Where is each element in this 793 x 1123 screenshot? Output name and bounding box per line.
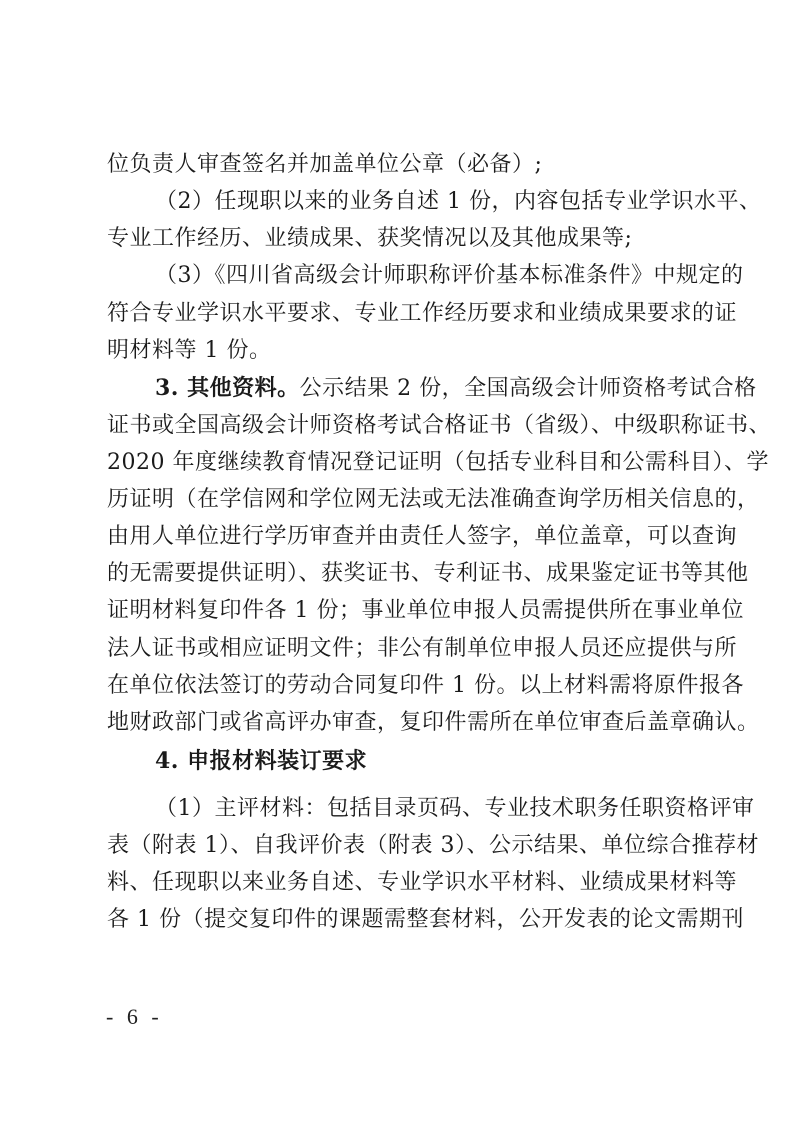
line-text: 表（附表 1）、自我评价表（附表 3）、公示结果、单位综合推荐材 (107, 833, 759, 858)
line-text: （2）任现职以来的业务自述 1 份，内容包括专业学识水平、 (155, 189, 761, 214)
text-line: 由用人单位进行学历审查并由责任人签字，单位盖章，可以查询 (107, 518, 704, 555)
line-text: 专业工作经历、业绩成果、获奖情况以及其他成果等; (107, 226, 632, 251)
line-text: 历证明（在学信网和学位网无法或无法准确查询学历相关信息的， (107, 487, 760, 512)
line-text: 各 1 份（提交复印件的课题需整套材料，公开发表的论文需期刊 (107, 907, 744, 932)
text-line: 表（附表 1）、自我评价表（附表 3）、公示结果、单位综合推荐材 (107, 827, 704, 864)
text-line: 的无需要提供证明）、获奖证书、专利证书、成果鉴定证书等其他 (107, 555, 704, 592)
text-line: 证书或全国高级会计师资格考试合格证书（省级）、中级职称证书、 (107, 407, 704, 444)
text-line: 法人证书或相应证明文件；非公有制单位申报人员还应提供与所 (107, 630, 704, 667)
text-line: 位负责人审查签名并加盖单位公章（必备）; (107, 146, 704, 183)
page-number: - 6 - (106, 1002, 163, 1032)
text-line: 证明材料复印件各 1 份；事业单位申报人员需提供所在事业单位 (107, 592, 704, 629)
line-text: 在单位依法签订的劳动合同复印件 1 份。以上材料需将原件报各 (107, 673, 744, 698)
text-line: 料、任现职以来业务自述、专业学识水平材料、业绩成果材料等 (107, 864, 704, 901)
line-text: （1）主评材料：包括目录页码、专业技术职务任职资格评审 (155, 796, 755, 821)
text-line: （1）主评材料：包括目录页码、专业技术职务任职资格评审 (155, 790, 704, 827)
text-line: 专业工作经历、业绩成果、获奖情况以及其他成果等; (107, 220, 704, 257)
line-text: 由用人单位进行学历审查并由责任人签字，单位盖章，可以查询 (107, 524, 737, 549)
text-line: 2020 年度继续教育情况登记证明（包括专业科目和公需科目）、学 (107, 444, 704, 481)
line-text: 地财政部门或省高评办审查，复印件需所在单位审查后盖章确认。 (107, 710, 760, 735)
line-text: 2020 年度继续教育情况登记证明（包括专业科目和公需科目）、学 (107, 450, 769, 475)
text-line: 符合专业学识水平要求、专业工作经历要求和业绩成果要求的证 (107, 295, 704, 332)
line-text: （3）《四川省高级会计师职称评价基本标准条件》中规定的 (155, 263, 744, 288)
line-text: 位负责人审查签名并加盖单位公章（必备）; (107, 152, 542, 177)
text-line: （2）任现职以来的业务自述 1 份，内容包括专业学识水平、 (155, 183, 704, 220)
section-heading-line: 3. 其他资料。公示结果 2 份，全国高级会计师资格考试合格 (155, 370, 704, 407)
line-text: 符合专业学识水平要求、专业工作经历要求和业绩成果要求的证 (107, 301, 737, 326)
text-line: （3）《四川省高级会计师职称评价基本标准条件》中规定的 (155, 257, 704, 294)
line-text: 法人证书或相应证明文件；非公有制单位申报人员还应提供与所 (107, 636, 737, 661)
line-text: 明材料等 1 份。 (107, 338, 271, 363)
line-text: 证书或全国高级会计师资格考试合格证书（省级）、中级职称证书、 (107, 413, 771, 438)
text-line: 地财政部门或省高评办审查，复印件需所在单位审查后盖章确认。 (107, 704, 704, 741)
section-heading: 3. 其他资料。 (155, 375, 300, 401)
section-heading: 4. 申报材料装订要求 (155, 748, 367, 774)
line-text: 的无需要提供证明）、获奖证书、专利证书、成果鉴定证书等其他 (107, 561, 749, 586)
text-line: 各 1 份（提交复印件的课题需整套材料，公开发表的论文需期刊 (107, 901, 704, 938)
text-line: 明材料等 1 份。 (107, 332, 704, 369)
line-text: 公示结果 2 份，全国高级会计师资格考试合格 (300, 376, 757, 401)
section-heading-line: 4. 申报材料装订要求 (155, 743, 704, 780)
line-text: 料、任现职以来业务自述、专业学识水平材料、业绩成果材料等 (107, 870, 737, 895)
text-line: 历证明（在学信网和学位网无法或无法准确查询学历相关信息的， (107, 481, 704, 518)
line-text: 证明材料复印件各 1 份；事业单位申报人员需提供所在事业单位 (107, 598, 744, 623)
text-line: 在单位依法签订的劳动合同复印件 1 份。以上材料需将原件报各 (107, 667, 704, 704)
